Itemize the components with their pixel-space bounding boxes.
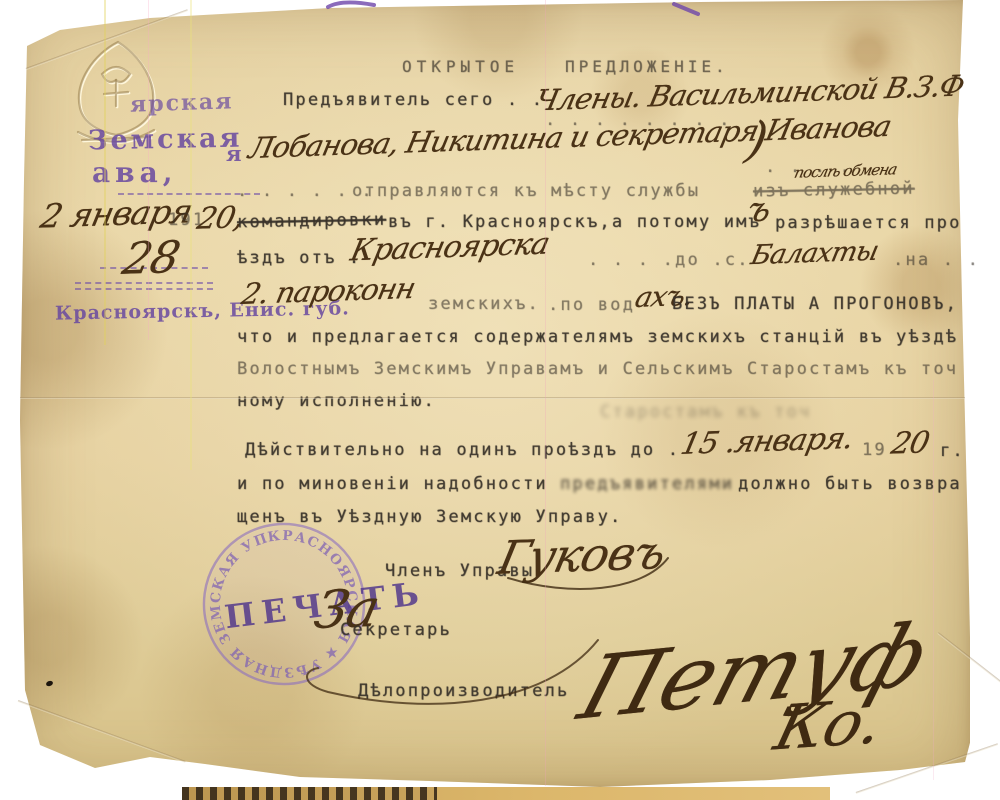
scanner-line — [104, 0, 106, 345]
scanned-document: ярская Земская ава, я 2 января 191 20, 2… — [0, 0, 1000, 800]
secretary-signature-flourish — [307, 640, 598, 704]
scanner-line — [148, 0, 149, 340]
scanner-line — [190, 0, 192, 470]
ink-flourishes — [0, 0, 1000, 800]
top-right-purple-mark — [674, 4, 698, 14]
scanner-line — [933, 380, 934, 780]
scanner-line — [545, 0, 546, 786]
member-signature-flourish — [508, 558, 668, 589]
top-left-purple-mark — [328, 2, 374, 7]
